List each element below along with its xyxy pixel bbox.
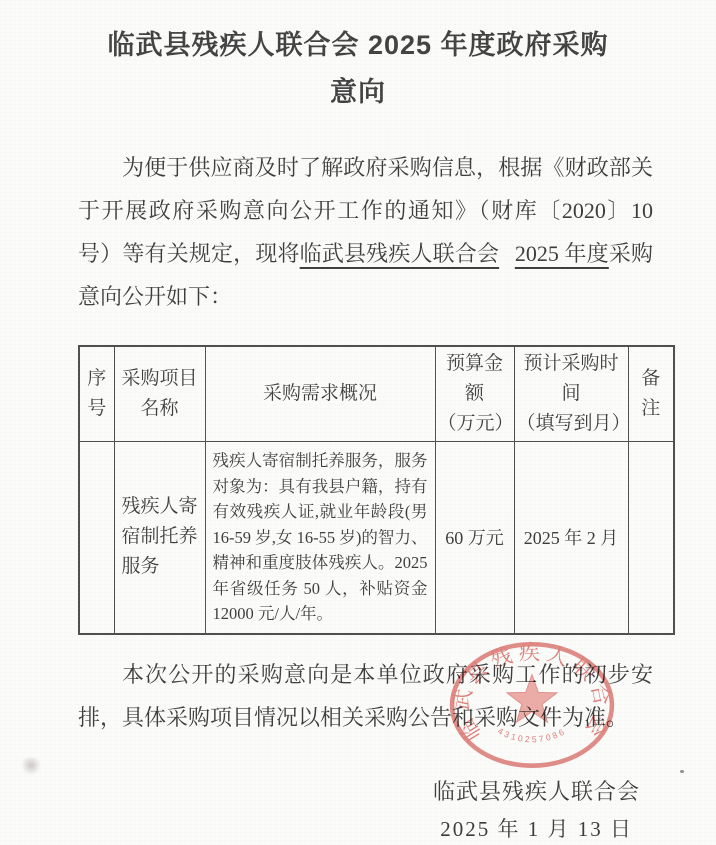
cell-seq xyxy=(79,442,114,634)
cell-time: 2025 年 2 月 xyxy=(514,442,628,634)
column-header-budget: 预算金额 （万元） xyxy=(435,346,514,442)
cell-project-name: 残疾人寄宿制托养服务 xyxy=(114,442,205,634)
table-row: 残疾人寄宿制托养服务 残疾人寄宿制托养服务，服务对象为：具有我县户籍，持有有效残… xyxy=(79,442,674,634)
intro-underlined-org: 临武县残疾人联合会 xyxy=(300,241,499,266)
document-title-line2: 意向 xyxy=(36,69,680,116)
document-title-line1: 临武县残疾人联合会 2025 年度政府采购 xyxy=(36,22,680,69)
column-header-project-name: 采购项目 名称 xyxy=(114,346,205,442)
column-header-seq: 序 号 xyxy=(79,346,114,442)
procurement-table: 序 号 采购项目 名称 采购需求概况 预算金额 （万元） 预计采购时间 （填写到… xyxy=(78,345,675,635)
cell-note xyxy=(628,442,674,634)
document-title: 临武县残疾人联合会 2025 年度政府采购 意向 xyxy=(36,22,680,116)
cell-summary: 残疾人寄宿制托养服务，服务对象为：具有我县户籍，持有有效残疾人证,就业年龄段(男… xyxy=(205,442,435,634)
signature-org: 临武县残疾人联合会 xyxy=(0,775,716,809)
signature-date: 2025 年 1 月 13 日 xyxy=(0,812,716,845)
column-header-time: 预计采购时间 （填写到月） xyxy=(514,346,628,442)
intro-gap xyxy=(499,241,515,266)
scanned-document-page: { "page": { "title": { "line1": "临武县残疾人联… xyxy=(0,0,716,845)
scan-smudge xyxy=(22,758,40,776)
column-header-summary: 采购需求概况 xyxy=(205,346,435,442)
ink-speck xyxy=(680,770,684,773)
closing-paragraph: 本次公开的采购意向是本单位政府采购工作的初步安排，具体采购项目情况以相关采购公告… xyxy=(78,653,653,739)
table-header-row: 序 号 采购项目 名称 采购需求概况 预算金额 （万元） 预计采购时间 （填写到… xyxy=(79,346,674,442)
column-header-note: 备 注 xyxy=(628,346,674,442)
intro-underlined-year: 2025 年度 xyxy=(515,241,609,266)
cell-budget: 60 万元 xyxy=(435,442,514,634)
intro-paragraph: 为便于供应商及时了解政府采购信息，根据《财政部关于开展政府采购意向公开工作的通知… xyxy=(78,146,653,318)
